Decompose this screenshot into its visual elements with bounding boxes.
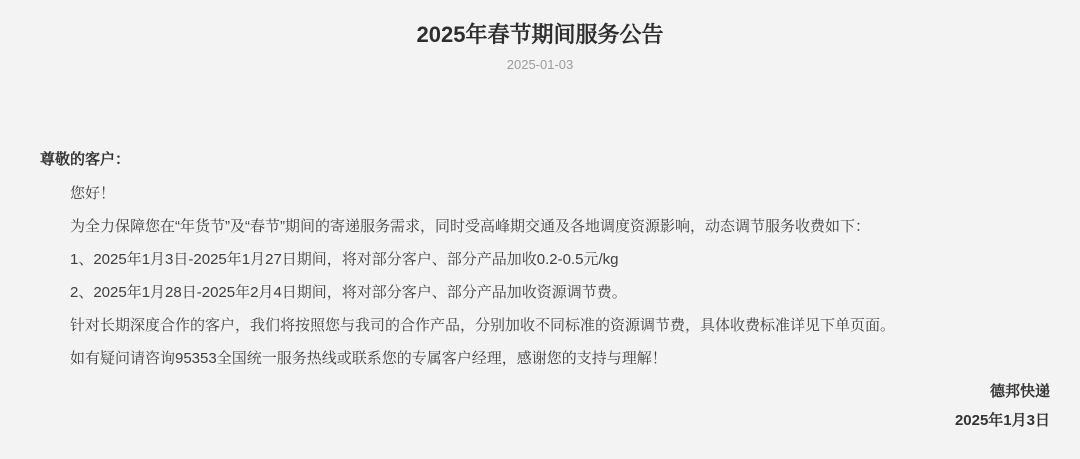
signature-company: 德邦快递 [0, 382, 1050, 402]
paragraph-long-term-customers: 针对长期深度合作的客户，我们将按照您与我司的合作产品，分别加收不同标准的资源调节… [40, 316, 1040, 336]
paragraph-item-2: 2、2025年1月28日-2025年2月4日期间，将对部分客户、部分产品加收资源… [40, 283, 1040, 303]
paragraph-greeting: 您好！ [40, 184, 1040, 204]
paragraph-hotline: 如有疑问请咨询95353全国统一服务热线或联系您的专属客户经理，感谢您的支持与理… [40, 349, 1040, 369]
notice-header: 2025年春节期间服务公告 2025-01-03 [0, 0, 1080, 73]
paragraph-item-1: 1、2025年1月3日-2025年1月27日期间，将对部分客户、部分产品加收0.… [40, 250, 1040, 270]
notice-body: 尊敬的客户： 您好！ 为全力保障您在“年货节”及“春节”期间的寄递服务需求，同时… [0, 150, 1080, 369]
page-title: 2025年春节期间服务公告 [0, 22, 1080, 48]
publish-date: 2025-01-03 [0, 57, 1080, 73]
salutation: 尊敬的客户： [40, 150, 1040, 170]
signature-block: 德邦快递 2025年1月3日 [0, 382, 1080, 431]
signature-date: 2025年1月3日 [0, 411, 1050, 431]
paragraph-intro: 为全力保障您在“年货节”及“春节”期间的寄递服务需求，同时受高峰期交通及各地调度… [40, 217, 1040, 237]
notice-page: 2025年春节期间服务公告 2025-01-03 尊敬的客户： 您好！ 为全力保… [0, 0, 1080, 431]
